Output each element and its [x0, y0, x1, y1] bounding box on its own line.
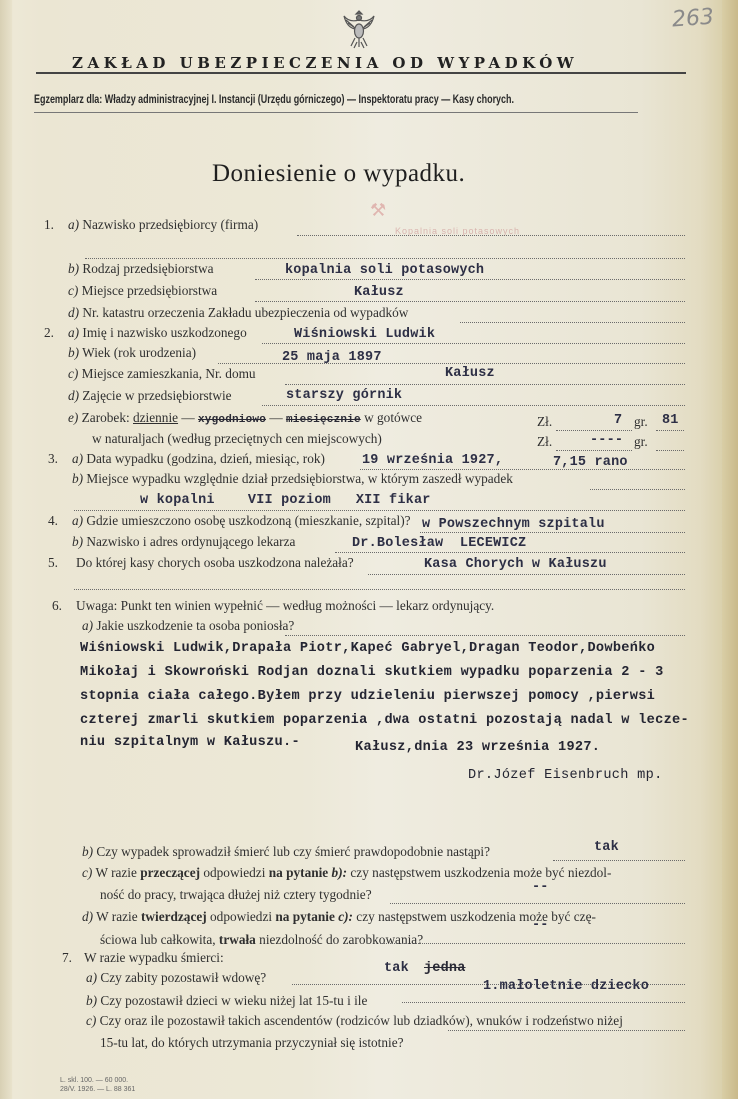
- cash-gr-input[interactable]: [656, 430, 684, 431]
- print-imprint: L. skl. 100. — 60 000. 28/V. 1926. — L. …: [60, 1076, 135, 1094]
- report-place-date: Kałusz,dnia 23 września 1927.: [355, 740, 600, 755]
- field-2d-label: d) Zajęcie w przedsiębiorstwie: [68, 388, 232, 404]
- in-kind-zl-label: Zł.: [537, 434, 552, 450]
- copy-rule: [34, 112, 638, 113]
- accident-date-value: 19 września 1927,: [362, 453, 503, 468]
- injury-description-line-5: niu szpitalnym w Kałuszu.-: [80, 735, 300, 750]
- field-7b-value: 1.małoletnie dziecko: [483, 979, 649, 994]
- section-1-number: 1.: [44, 217, 54, 233]
- field-1a-label: a) Nazwisko przedsiębiorcy (firma): [68, 217, 258, 233]
- field-2c-label: c) Miejsce zamieszkania, Nr. domu: [68, 366, 256, 382]
- section-2-number: 2.: [44, 325, 54, 341]
- field-7c-label-line2: 15-tu lat, do których utrzymania przyczy…: [100, 1035, 404, 1051]
- field-4a-input[interactable]: [420, 532, 685, 533]
- injury-description-line-3: stopnia ciała całego.Byłem przy udzielen…: [80, 689, 655, 704]
- field-6b-value: tak: [594, 840, 619, 855]
- field-4b-label: b) Nazwisko i adres ordynującego lekarza: [72, 534, 295, 550]
- earnings-daily: dziennie: [133, 410, 178, 425]
- in-kind-zl-input[interactable]: [556, 450, 632, 451]
- earnings-weekly-struck: xygodniowo: [198, 414, 266, 426]
- field-1c-input[interactable]: [255, 301, 685, 302]
- field-2d-value: starszy górnik: [286, 388, 402, 403]
- field-1c-value: Kałusz: [354, 285, 404, 300]
- field-4a-value: w Powszechnym szpitalu: [422, 517, 605, 532]
- in-kind-gr-input[interactable]: [656, 450, 684, 451]
- field-1d-input[interactable]: [460, 322, 685, 323]
- in-kind-zl-value: ----: [590, 433, 623, 448]
- section-7-label: W razie wypadku śmierci:: [84, 950, 224, 966]
- cash-gr-value: 81: [662, 413, 679, 428]
- section-6-note: Uwaga: Punkt ten winien wypełnić — wedłu…: [76, 598, 494, 614]
- cash-gr-label: gr.: [634, 414, 648, 430]
- field-3b-value: w kopalni VII poziom XII fikar: [140, 493, 431, 508]
- field-3a-label: a) Data wypadku (godzina, dzień, miesiąc…: [72, 451, 325, 467]
- field-2c-value: Kałusz: [445, 366, 495, 381]
- accident-time-value: 7,15 rano: [553, 455, 628, 470]
- field-1d-label: d) Nr. katastru orzeczenia Zakładu ubezp…: [68, 305, 408, 321]
- handwritten-page-number: 263: [671, 5, 715, 33]
- field-2b-label: b) Wiek (rok urodzenia): [68, 345, 196, 361]
- injury-description-line-1: Wiśniowski Ludwik,Drapała Piotr,Kapeć Ga…: [80, 641, 655, 656]
- field-3a-input[interactable]: [360, 469, 685, 470]
- field-2a-label: a) Imię i nazwisko uszkodzonego: [68, 325, 247, 341]
- paper-left-edge: [0, 0, 12, 1099]
- field-2a-input[interactable]: [262, 343, 685, 344]
- field-5-label: Do której kasy chorych osoba uszkodzona …: [76, 555, 354, 571]
- header-rule: [36, 72, 686, 74]
- document-title: Doniesienie o wypadku.: [212, 160, 465, 188]
- in-kind-label: w naturaljach (według przeciętnych cen m…: [92, 431, 382, 447]
- field-6d-label-line2: ściowa lub całkowita, trwała niezdolność…: [100, 932, 423, 948]
- field-4b-value: Dr.Bolesław LECEWICZ: [352, 536, 526, 551]
- field-6d-input[interactable]: [380, 943, 685, 944]
- field-5-input[interactable]: [368, 574, 685, 575]
- field-6d-label: d) W razie twierdzącej odpowiedzi na pyt…: [82, 909, 596, 925]
- injury-description-line-2: Mikołaj i Skowroński Rodjan doznali skut…: [80, 665, 664, 680]
- field-6c-input[interactable]: [390, 903, 685, 904]
- copy-recipients: Egzemplarz dla: Władzy administracyjnej …: [34, 94, 514, 106]
- field-6c-value: --: [532, 880, 549, 895]
- field-3b-input-line2[interactable]: [74, 510, 685, 511]
- field-2a-value: Wiśniowski Ludwik: [294, 327, 435, 342]
- section-3-number: 3.: [48, 451, 58, 467]
- field-2c-input[interactable]: [285, 384, 685, 385]
- field-5-value: Kasa Chorych w Kałuszu: [424, 557, 607, 572]
- field-7a-value: tak: [384, 961, 409, 976]
- field-4a-label: a) Gdzie umieszczono osobę uszkodzoną (m…: [72, 513, 411, 529]
- field-3b-input[interactable]: [590, 489, 685, 490]
- section-7-number: 7.: [62, 950, 72, 966]
- polish-eagle-icon: [342, 10, 376, 50]
- field-6d-value: --: [532, 918, 549, 933]
- field-7a-label: a) Czy zabity pozostawił wdowę?: [86, 970, 266, 986]
- institution-name: ZAKŁAD UBEZPIECZENIA OD WYPADKÓW: [72, 54, 578, 72]
- field-2d-input[interactable]: [262, 405, 685, 406]
- field-2e-label: e) Zarobek: dziennie — xygodniowo — mies…: [68, 410, 422, 426]
- section-4-number: 4.: [48, 513, 58, 529]
- field-1a-input[interactable]: [297, 235, 685, 236]
- field-2b-value: 25 maja 1897: [282, 350, 382, 365]
- field-7c-label: c) Czy oraz ile pozostawił takich ascend…: [86, 1013, 623, 1029]
- field-1c-label: c) Miejsce przedsiębiorstwa: [68, 283, 217, 299]
- field-1b-input[interactable]: [255, 279, 685, 280]
- field-3b-label: b) Miejsce wypadku względnie dział przed…: [72, 471, 513, 487]
- earnings-monthly-struck: miesięcznie: [286, 414, 361, 426]
- doctor-signature: Dr.Józef Eisenbruch mp.: [468, 768, 663, 783]
- field-6c-label: c) W razie przeczącej odpowiedzi na pyta…: [82, 865, 611, 881]
- field-5-input-line2[interactable]: [74, 589, 685, 590]
- field-1b-label: b) Rodzaj przedsiębiorstwa: [68, 261, 214, 277]
- crossed-hammers-stamp-icon: ⚒: [370, 200, 398, 222]
- field-6a-input[interactable]: [285, 635, 685, 636]
- cash-zl-value: 7: [614, 413, 622, 428]
- field-7b-label: b) Czy pozostawił dzieci w wieku niżej l…: [86, 993, 367, 1009]
- cash-zl-label: Zł.: [537, 414, 552, 430]
- section-5-number: 5.: [48, 555, 58, 571]
- section-6-number: 6.: [52, 598, 62, 614]
- field-1b-value: kopalnia soli potasowych: [285, 263, 484, 278]
- cash-zl-input[interactable]: [556, 430, 632, 431]
- field-7a-struck-value: jedna: [424, 961, 466, 976]
- field-1a-input-line2[interactable]: [85, 258, 685, 259]
- injury-description-line-4: czterej zmarli skutkiem poparzenia ,dwa …: [80, 713, 689, 728]
- field-6b-input[interactable]: [553, 860, 685, 861]
- in-kind-gr-label: gr.: [634, 434, 648, 450]
- paper-right-edge: [722, 0, 738, 1099]
- field-7b-input[interactable]: [402, 1002, 685, 1003]
- field-6a-label: a) Jakie uszkodzenie ta osoba poniosła?: [82, 618, 294, 634]
- field-7c-input[interactable]: [448, 1030, 685, 1031]
- field-4b-input[interactable]: [335, 552, 685, 553]
- field-6b-label: b) Czy wypadek sprowadził śmierć lub czy…: [82, 844, 490, 860]
- field-6c-label-line2: ność do pracy, trwająca dłużej niż czter…: [100, 887, 372, 903]
